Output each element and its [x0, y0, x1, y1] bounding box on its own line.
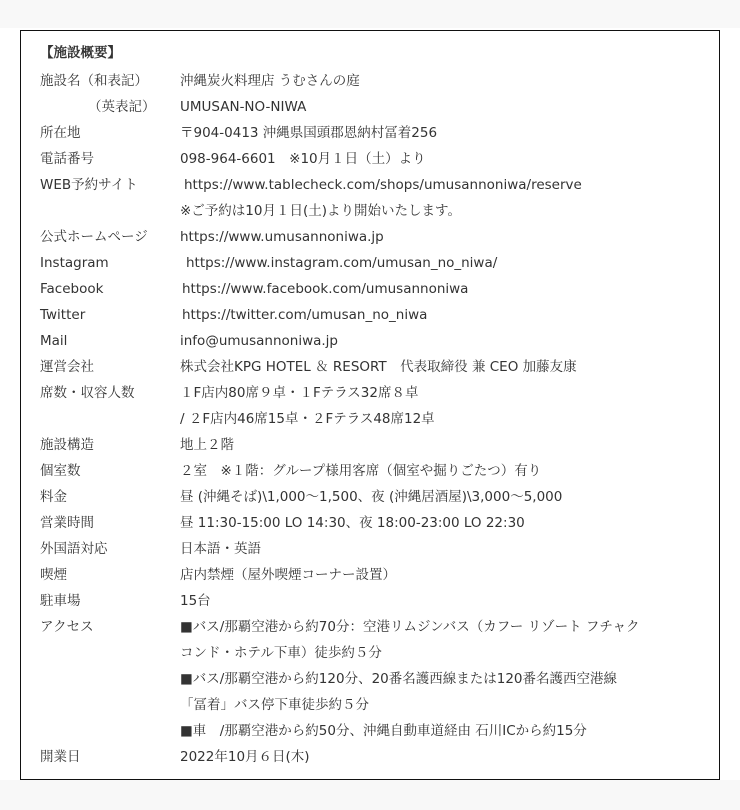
row-instagram: Instagram https://www.instagram.com/umus… [40, 250, 710, 276]
value-opening-date: 2022年10月６日(木) [180, 744, 310, 770]
value-access-bus-2: ■バス/那覇空港から約120分、20番名護西線または120番名護西空港線 [180, 666, 617, 692]
value-access-car: ■車 /那覇空港から約50分、沖縄自動車道経由 石川ICから約15分 [180, 718, 587, 744]
value-seats-1f: １F店内80席９卓・１Fテラス32席８卓 [180, 380, 418, 406]
label-seats: 席数・収容人数 [40, 380, 180, 406]
value-structure: 地上２階 [180, 432, 234, 458]
homepage-link[interactable]: https://www.umusannoniwa.jp [180, 224, 384, 250]
row-parking: 駐車場 15台 [40, 588, 710, 614]
value-name-ja: 沖縄炭火料理店 うむさんの庭 [180, 68, 360, 94]
label-languages: 外国語対応 [40, 536, 180, 562]
row-smoking: 喫煙 店内禁煙（屋外喫煙コーナー設置） [40, 562, 710, 588]
value-address: 〒904-0413 沖縄県国頭郡恩納村冨着256 [180, 120, 437, 146]
value-parking: 15台 [180, 588, 211, 614]
facility-overview-box: 【施設概要】 施設名（和表記） 沖縄炭火料理店 うむさんの庭 （英表記） UMU… [20, 30, 720, 780]
row-mail: Mail info@umusannoniwa.jp [40, 328, 710, 354]
row-opening-date: 開業日 2022年10月６日(木) [40, 744, 710, 770]
value-access-bus-1-cont: コンド・ホテル下車）徒歩約５分 [180, 640, 382, 666]
label-opening-date: 開業日 [40, 744, 180, 770]
row-seats: 席数・収容人数 １F店内80席９卓・１Fテラス32席８卓 [40, 380, 710, 406]
label-price: 料金 [40, 484, 180, 510]
instagram-link[interactable]: https://www.instagram.com/umusan_no_niwa… [180, 250, 497, 276]
value-hours: 昼 11:30-15:00 LO 14:30、夜 18:00-23:00 LO … [180, 510, 525, 536]
row-phone: 電話番号 098-964-6601 ※10月１日（土）より [40, 146, 710, 172]
row-operator: 運営会社 株式会社KPG HOTEL ＆ RESORT 代表取締役 兼 CEO … [40, 354, 710, 380]
label-web-reservation: WEB予約サイト [40, 172, 180, 198]
label-address: 所在地 [40, 120, 180, 146]
label-name-ja: 施設名（和表記） [40, 68, 180, 94]
label-homepage: 公式ホームページ [40, 224, 180, 250]
row-name-ja: 施設名（和表記） 沖縄炭火料理店 うむさんの庭 [40, 68, 710, 94]
value-access-bus-2-cont: 「冨着」バス停下車徒歩約５分 [180, 692, 369, 718]
value-price: 昼 (沖縄そば)\1,000〜1,500、夜 (沖縄居酒屋)\3,000〜5,0… [180, 484, 562, 510]
label-facebook: Facebook [40, 276, 180, 302]
label-name-en: （英表記） [40, 94, 180, 120]
label-structure: 施設構造 [40, 432, 180, 458]
row-access-cont-2: ■バス/那覇空港から約120分、20番名護西線または120番名護西空港線 [40, 666, 710, 692]
label-twitter: Twitter [40, 302, 180, 328]
row-seats-cont: / ２F店内46席15卓・２Fテラス48席12卓 [40, 406, 710, 432]
value-private-rooms: ２室 ※１階：グループ様用客席（個室や掘りごたつ）有り [180, 458, 541, 484]
row-address: 所在地 〒904-0413 沖縄県国頭郡恩納村冨着256 [40, 120, 710, 146]
web-reservation-link[interactable]: https://www.tablecheck.com/shops/umusann… [180, 172, 582, 198]
value-languages: 日本語・英語 [180, 536, 261, 562]
row-name-en: （英表記） UMUSAN-NO-NIWA [40, 94, 710, 120]
row-private-rooms: 個室数 ２室 ※１階：グループ様用客席（個室や掘りごたつ）有り [40, 458, 710, 484]
row-access-cont-1: コンド・ホテル下車）徒歩約５分 [40, 640, 710, 666]
section-title: 【施設概要】 [40, 43, 121, 63]
row-access-cont-3: 「冨着」バス停下車徒歩約５分 [40, 692, 710, 718]
row-access-cont-4: ■車 /那覇空港から約50分、沖縄自動車道経由 石川ICから約15分 [40, 718, 710, 744]
twitter-link[interactable]: https://twitter.com/umusan_no_niwa [180, 302, 427, 328]
value-reservation-note: ※ご予約は10月１日(土)より開始いたします。 [180, 198, 461, 224]
label-operator: 運営会社 [40, 354, 180, 380]
label-instagram: Instagram [40, 250, 180, 276]
row-languages: 外国語対応 日本語・英語 [40, 536, 710, 562]
value-access-bus-1: ■バス/那覇空港から約70分：空港リムジンバス（カフー リゾート フチャク [180, 614, 639, 640]
facebook-link[interactable]: https://www.facebook.com/umusannoniwa [180, 276, 468, 302]
row-access: アクセス ■バス/那覇空港から約70分：空港リムジンバス（カフー リゾート フチ… [40, 614, 710, 640]
value-operator: 株式会社KPG HOTEL ＆ RESORT 代表取締役 兼 CEO 加藤友康 [180, 354, 577, 380]
label-mail: Mail [40, 328, 180, 354]
label-phone: 電話番号 [40, 146, 180, 172]
value-smoking: 店内禁煙（屋外喫煙コーナー設置） [180, 562, 396, 588]
facility-info-table: 施設名（和表記） 沖縄炭火料理店 うむさんの庭 （英表記） UMUSAN-NO-… [40, 68, 710, 770]
row-twitter: Twitter https://twitter.com/umusan_no_ni… [40, 302, 710, 328]
label-private-rooms: 個室数 [40, 458, 180, 484]
row-structure: 施設構造 地上２階 [40, 432, 710, 458]
row-web-reservation-note: ※ご予約は10月１日(土)より開始いたします。 [40, 198, 710, 224]
row-price: 料金 昼 (沖縄そば)\1,000〜1,500、夜 (沖縄居酒屋)\3,000〜… [40, 484, 710, 510]
mail-link[interactable]: info@umusannoniwa.jp [180, 328, 338, 354]
row-homepage: 公式ホームページ https://www.umusannoniwa.jp [40, 224, 710, 250]
label-parking: 駐車場 [40, 588, 180, 614]
label-access: アクセス [40, 614, 180, 640]
row-web-reservation: WEB予約サイト https://www.tablecheck.com/shop… [40, 172, 710, 198]
value-name-en: UMUSAN-NO-NIWA [180, 94, 306, 120]
label-hours: 営業時間 [40, 510, 180, 536]
value-seats-2f: / ２F店内46席15卓・２Fテラス48席12卓 [180, 406, 435, 432]
row-facebook: Facebook https://www.facebook.com/umusan… [40, 276, 710, 302]
label-smoking: 喫煙 [40, 562, 180, 588]
row-hours: 営業時間 昼 11:30-15:00 LO 14:30、夜 18:00-23:0… [40, 510, 710, 536]
value-phone: 098-964-6601 ※10月１日（土）より [180, 146, 426, 172]
